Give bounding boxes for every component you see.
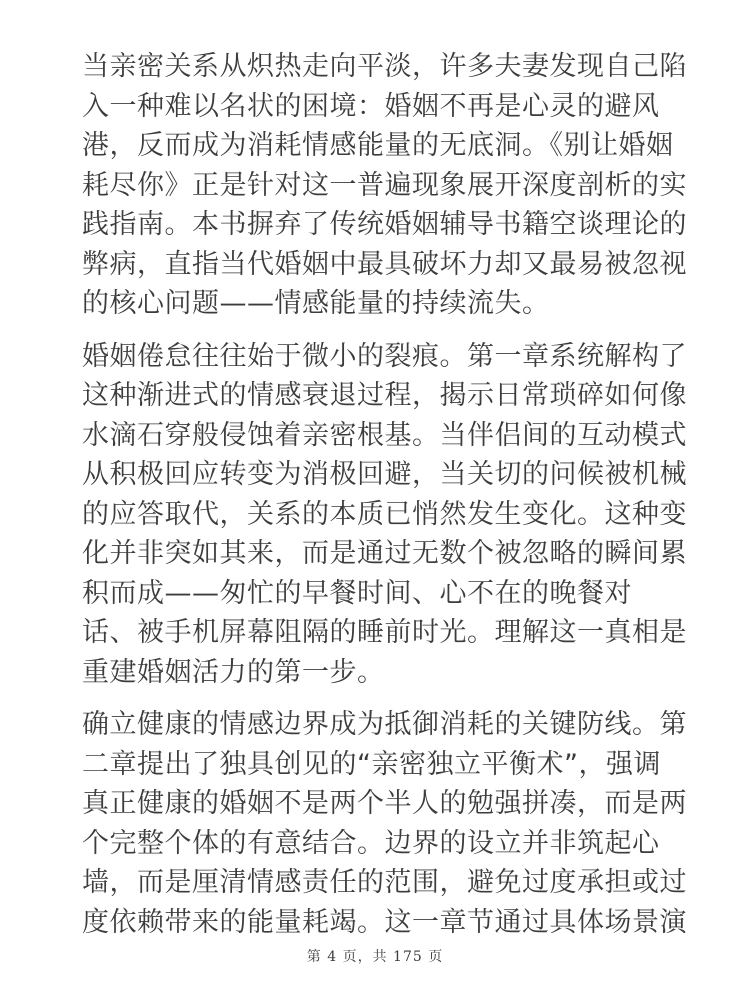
text-line: 真正健康的婚姻不是两个半人的勉强拼凑，而是两	[82, 784, 668, 824]
text-line: 水滴石穿般侵蚀着亲密根基。当伴侣间的互动模式	[82, 416, 668, 456]
text-line: 婚姻倦怠往往始于微小的裂痕。第一章系统解构了	[82, 337, 668, 377]
text-line: 话、被手机屏幕阻隔的睡前时光。理解这一真相是	[82, 613, 668, 653]
paragraph-2: 婚姻倦怠往往始于微小的裂痕。第一章系统解构了 这种渐进式的情感衰退过程，揭示日常…	[82, 337, 668, 693]
text-line: 践指南。本书摒弃了传统婚姻辅导书籍空谈理论的	[82, 205, 668, 245]
text-line: 当亲密关系从炽热走向平淡，许多夫妻发现自己陷	[82, 47, 668, 87]
text-line: 度依赖带来的能量耗竭。这一章节通过具体场景演	[82, 903, 668, 943]
text-line: 重建婚姻活力的第一步。	[82, 653, 668, 693]
text-line: 确立健康的情感边界成为抵御消耗的关键防线。第	[82, 705, 668, 745]
document-body: 当亲密关系从炽热走向平淡，许多夫妻发现自己陷 入一种难以名状的困境：婚姻不再是心…	[82, 47, 668, 955]
text-line: 个完整个体的有意结合。边界的设立并非筑起心	[82, 824, 668, 864]
document-page: 当亲密关系从炽热走向平淡，许多夫妻发现自己陷 入一种难以名状的困境：婚姻不再是心…	[0, 0, 750, 1000]
text-line: 弊病，直指当代婚姻中最具破坏力却又最易被忽视	[82, 245, 668, 285]
text-line: 化并非突如其来，而是通过无数个被忽略的瞬间累	[82, 534, 668, 574]
text-line: 入一种难以名状的困境：婚姻不再是心灵的避风	[82, 87, 668, 127]
text-line: 二章提出了独具创见的“亲密独立平衡术”，强调	[82, 745, 668, 785]
text-line: 的应答取代，关系的本质已悄然发生变化。这种变	[82, 495, 668, 535]
text-line: 从积极回应转变为消极回避，当关切的问候被机械	[82, 455, 668, 495]
text-line: 的核心问题——情感能量的持续流失。	[82, 284, 668, 324]
text-line: 这种渐进式的情感衰退过程，揭示日常琐碎如何像	[82, 376, 668, 416]
text-line: 积而成——匆忙的早餐时间、心不在的晚餐对	[82, 574, 668, 614]
text-line: 墙，而是厘清情感责任的范围，避免过度承担或过	[82, 863, 668, 903]
text-line: 港，反而成为消耗情感能量的无底洞。《别让婚姻	[82, 126, 668, 166]
paragraph-1: 当亲密关系从炽热走向平淡，许多夫妻发现自己陷 入一种难以名状的困境：婚姻不再是心…	[82, 47, 668, 324]
text-line: 耗尽你》正是针对这一普遍现象展开深度剖析的实	[82, 166, 668, 206]
paragraph-3: 确立健康的情感边界成为抵御消耗的关键防线。第 二章提出了独具创见的“亲密独立平衡…	[82, 705, 668, 942]
page-footer: 第 4 页，共 175 页	[0, 946, 750, 966]
